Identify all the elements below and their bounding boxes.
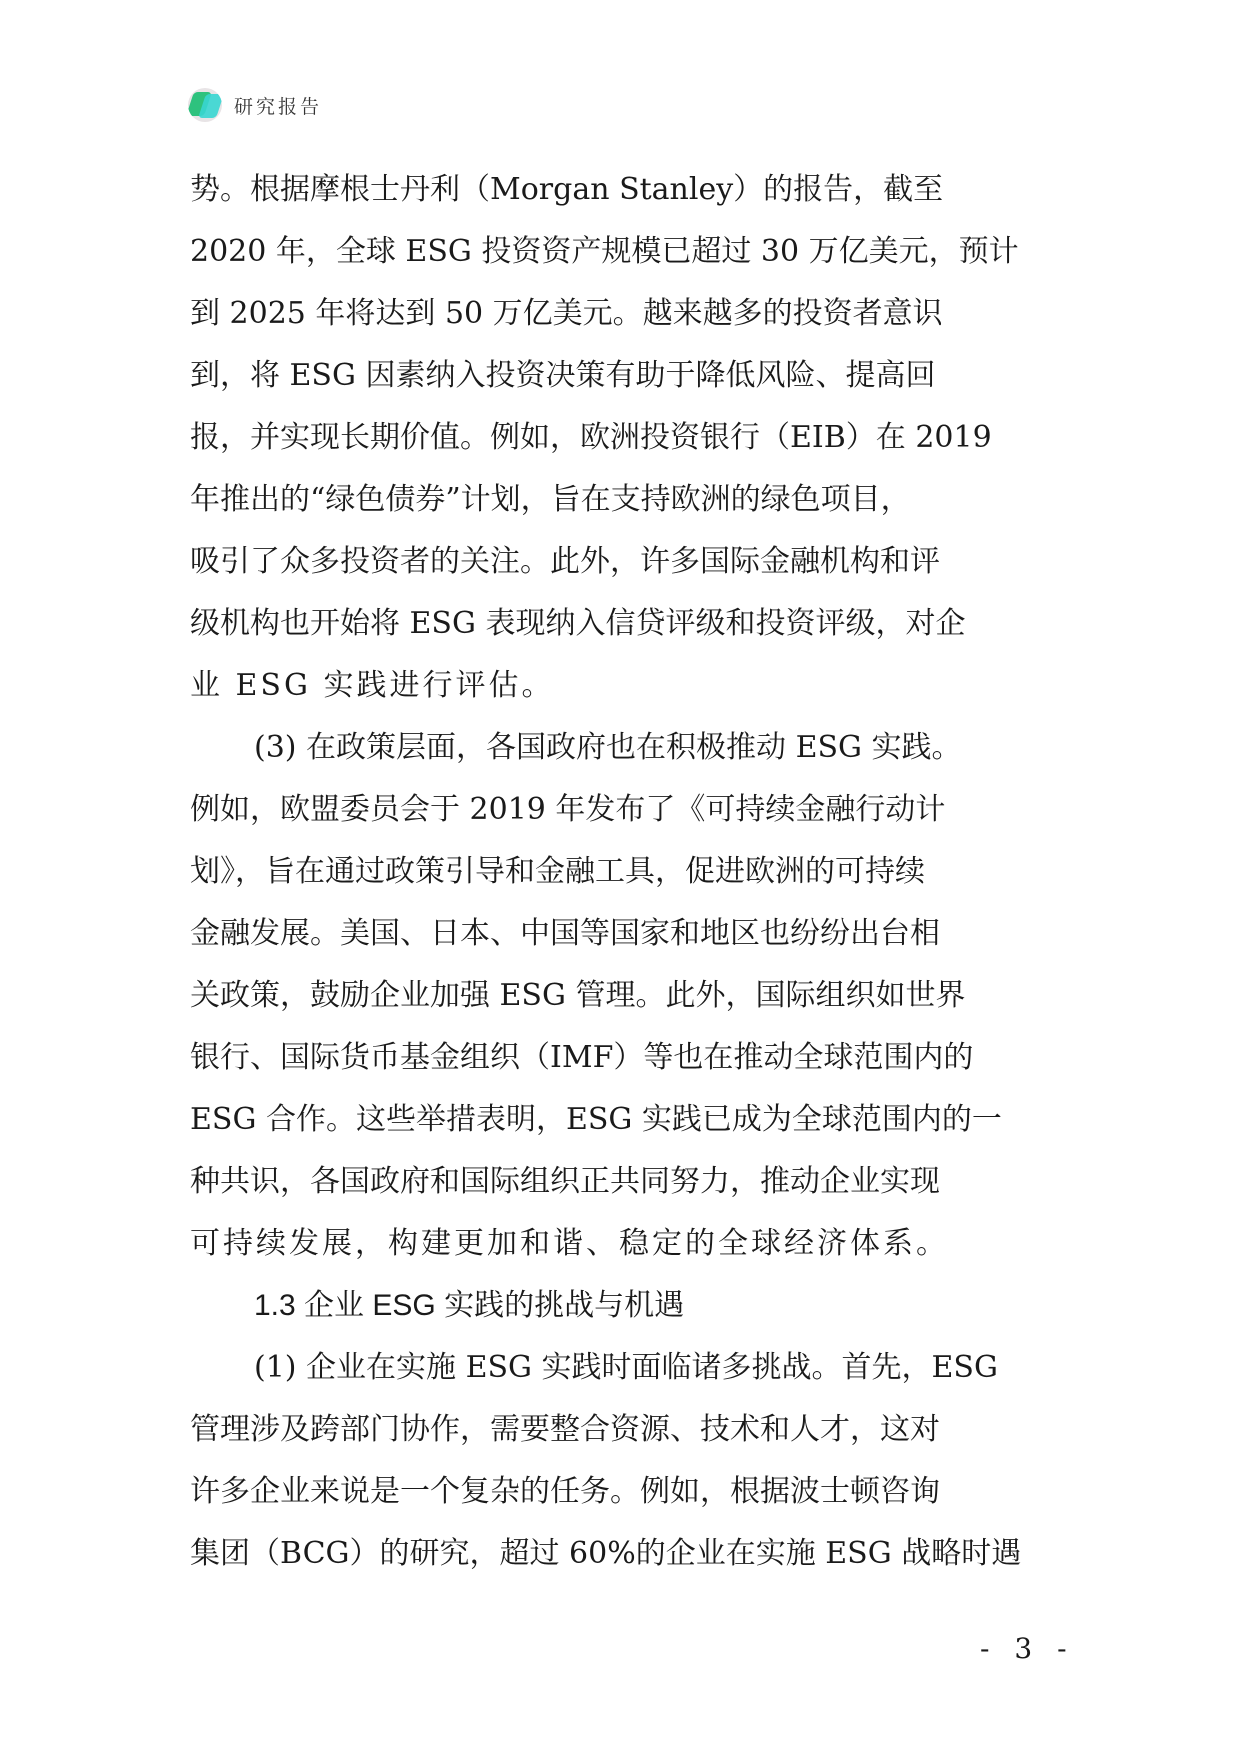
page-number: - 3 - — [980, 1632, 1075, 1665]
page-header: 研究报告 — [188, 88, 322, 122]
text-line: ESG 合作。这些举措表明，ESG 实践已成为全球范围内的一 — [190, 1096, 1052, 1158]
text-line: (1) 企业在实施 ESG 实践时面临诸多挑战。首先，ESG — [190, 1344, 1052, 1406]
research-report-logo-icon — [188, 88, 222, 122]
text-line: 银行、国际货币基金组织（IMF）等也在推动全球范围内的 — [190, 1034, 1052, 1096]
text-line: (3) 在政策层面，各国政府也在积极推动 ESG 实践。 — [190, 724, 1052, 786]
text-line: 许多企业来说是一个复杂的任务。例如，根据波士顿咨询 — [190, 1468, 1052, 1530]
text-line: 管理涉及跨部门协作，需要整合资源、技术和人才，这对 — [190, 1406, 1052, 1468]
document-body: 势。根据摩根士丹利（Morgan Stanley）的报告，截至 2020 年，全… — [190, 166, 1052, 1592]
text-line: 金融发展。美国、日本、中国等国家和地区也纷纷出台相 — [190, 910, 1052, 972]
header-title: 研究报告 — [234, 92, 322, 119]
text-line: 年推出的“绿色债券”计划，旨在支持欧洲的绿色项目， — [190, 476, 1052, 538]
text-line: 划》，旨在通过政策引导和金融工具，促进欧洲的可持续 — [190, 848, 1052, 910]
text-line: 到 2025 年将达到 50 万亿美元。越来越多的投资者意识 — [190, 290, 1052, 352]
text-line: 种共识，各国政府和国际组织正共同努力，推动企业实现 — [190, 1158, 1052, 1220]
text-line: 级机构也开始将 ESG 表现纳入信贷评级和投资评级，对企 — [190, 600, 1052, 662]
text-line: 业 ESG 实践进行评估。 — [190, 662, 1052, 724]
text-line: 吸引了众多投资者的关注。此外，许多国际金融机构和评 — [190, 538, 1052, 600]
text-line: 2020 年，全球 ESG 投资资产规模已超过 30 万亿美元，预计 — [190, 228, 1052, 290]
text-line: 到，将 ESG 因素纳入投资决策有助于降低风险、提高回 — [190, 352, 1052, 414]
text-line: 势。根据摩根士丹利（Morgan Stanley）的报告，截至 — [190, 166, 1052, 228]
text-line: 例如，欧盟委员会于 2019 年发布了《可持续金融行动计 — [190, 786, 1052, 848]
text-line: 集团（BCG）的研究，超过 60%的企业在实施 ESG 战略时遇 — [190, 1530, 1052, 1592]
text-line: 报，并实现长期价值。例如，欧洲投资银行（EIB）在 2019 — [190, 414, 1052, 476]
section-heading: 1.3 企业 ESG 实践的挑战与机遇 — [190, 1282, 1052, 1344]
text-line: 关政策，鼓励企业加强 ESG 管理。此外，国际组织如世界 — [190, 972, 1052, 1034]
text-line: 可持续发展，构建更加和谐、稳定的全球经济体系。 — [190, 1220, 1052, 1282]
